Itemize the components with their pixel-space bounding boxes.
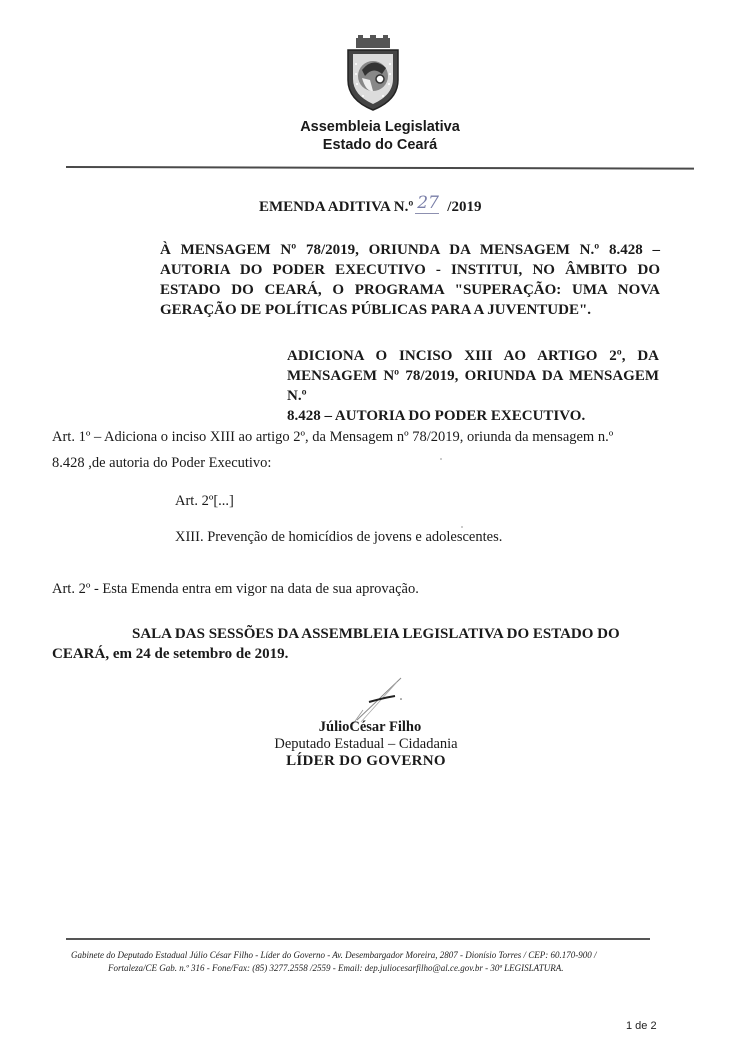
header-divider xyxy=(66,166,694,170)
handwritten-number-field: 27 xyxy=(413,196,447,216)
institution-state: Estado do Ceará xyxy=(0,136,732,154)
summary-block: ADICIONA O INCISO XIII AO ARTIGO 2º, DA … xyxy=(287,346,659,426)
quoted-article-2: Art. 2º[...] xyxy=(175,488,234,514)
institution-name: Assembleia Legislativa xyxy=(0,118,732,136)
page-indicator: 1 de 2 xyxy=(626,1020,657,1032)
signer-title: LÍDER DO GOVERNO xyxy=(0,752,732,770)
ementa-block: À MENSAGEM Nº 78/2019, ORIUNDA DA MENSAG… xyxy=(160,240,660,320)
article-1-line-1: Art. 1º – Adiciona o inciso XIII ao arti… xyxy=(52,424,613,450)
closing-line-2: CEARÁ, em 24 de setembro de 2019. xyxy=(52,644,652,664)
footer-address-line-2: Fortaleza/CE Gab. n.º 316 - Fone/Fax: (8… xyxy=(108,962,564,975)
scan-speck xyxy=(440,458,442,460)
footer-divider xyxy=(66,938,650,940)
closing-block: SALA DAS SESSÕES DA ASSEMBLEIA LEGISLATI… xyxy=(52,624,652,664)
summary-line: 8.428 – AUTORIA DO PODER EXECUTIVO. xyxy=(287,406,659,426)
article-1-line-2: 8.428 ,de autoria do Poder Executivo: xyxy=(52,450,271,476)
summary-line: ADICIONA O INCISO XIII AO ARTIGO 2º, DA xyxy=(287,346,659,366)
scan-speck xyxy=(461,526,463,528)
title-suffix: /2019 xyxy=(447,199,481,215)
signer-name: JúlioCésar Filho xyxy=(0,718,732,736)
summary-line: MENSAGEM Nº 78/2019, ORIUNDA DA MENSAGEM… xyxy=(287,366,659,406)
ementa-line: ESTADO DO CEARÁ, O PROGRAMA "SUPERAÇÃO: … xyxy=(160,280,660,300)
ementa-line: GERAÇÃO DE POLÍTICAS PÚBLICAS PARA A JUV… xyxy=(160,300,660,320)
ementa-line: À MENSAGEM Nº 78/2019, ORIUNDA DA MENSAG… xyxy=(160,240,660,260)
document-title: EMENDA ADITIVA N.º27/2019 xyxy=(259,196,481,216)
inciso-xiii: XIII. Prevenção de homicídios de jovens … xyxy=(175,524,502,550)
title-prefix: EMENDA ADITIVA N.º xyxy=(259,199,413,215)
footer-address-line-1: Gabinete do Deputado Estadual Júlio Césa… xyxy=(71,949,597,962)
signer-role: Deputado Estadual – Cidadania xyxy=(0,735,732,753)
closing-line-1: SALA DAS SESSÕES DA ASSEMBLEIA LEGISLATI… xyxy=(52,624,652,644)
ementa-line: AUTORIA DO PODER EXECUTIVO - INSTITUI, N… xyxy=(160,260,660,280)
handwritten-number: 27 xyxy=(417,193,439,213)
article-2: Art. 2º - Esta Emenda entra em vigor na … xyxy=(52,576,419,602)
coat-of-arms-icon xyxy=(340,34,406,112)
